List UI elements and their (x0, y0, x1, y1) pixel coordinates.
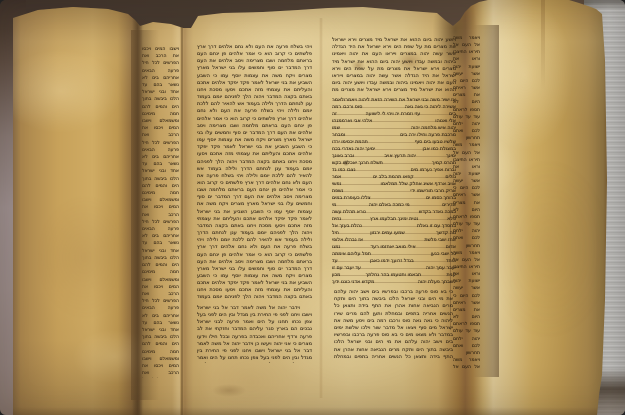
song-segment: אויב ארדף אשיג אחלק שלל תמלאמו (381, 181, 456, 188)
song-segment: מכון (332, 272, 340, 279)
torah-scroll: וישבו המים ויכסו את הרכב ואת הפרשים לכל … (13, 0, 608, 415)
song-line: אדיריםמי כמכה באלם יהוהמי (332, 202, 456, 209)
song-line: אחז ישבי פלשתאז נבהלו אלופי (332, 237, 456, 244)
left-roller (13, 0, 140, 415)
song-segment: קפאו תהמת בלב ים (373, 174, 414, 181)
song-segment: שמו (332, 125, 340, 132)
song-segment: אז נבהלו אלופי (332, 237, 363, 244)
song-segment: חיל (332, 230, 339, 237)
song-line: לשבתך פעלת יהוהמקדש אדני כוננו ידיך (332, 279, 456, 286)
song-line: אשירה ליהוה כי גאה גאהסוס ורכבו רמה (332, 104, 456, 111)
song-segment: במצולת כמו אבן (422, 146, 456, 153)
song-segment: תשלח חרנך יאכלמו כקש (332, 160, 383, 167)
song-line: תהרס קמיךתשלח חרנך יאכלמו כקש (332, 160, 456, 167)
song-segment: נצבו כמו נד (332, 167, 356, 174)
song-segment: בגדל זרועך ידמו כאבן (370, 258, 414, 265)
song-line: ופחדבגדל זרועך ידמו כאבןעד (332, 258, 456, 265)
song-line: ביםעזי וזמרת יה ויהי לי לישועהזה (332, 111, 456, 118)
song-line: בחסדך עם זו גאלתנהלת בעזך אל (332, 223, 456, 230)
song-segment: עזי וזמרת יה ויהי לי לישועה (366, 111, 421, 118)
song-line: שלשיו טבעו בים סוףתהמת יכסימו ירדו (332, 139, 456, 146)
song-segment: נשפת (332, 188, 343, 195)
song-segment: ימינך יהוה נאדרי בכח (332, 146, 375, 153)
song-segment: אלהי אבי וארממנהו (332, 118, 372, 125)
song-line: אויב ארדף אשיג אחלק שלל תמלאמונפשי (332, 181, 456, 188)
song-line: אלי ואנוהואלהי אבי וארממנהו (332, 118, 456, 125)
song-line: יהוה איש מלחמה יהוהשמו (332, 125, 456, 132)
song-segment: מי כמכה באלם יהוה (369, 202, 410, 209)
song-segment: אמר (332, 174, 341, 181)
left-roller-shadow-fade (131, 30, 159, 400)
middle-prose-bottom: כי בא סוס פרעה ברכבו ובפרשיו בים וישב יה… (332, 289, 456, 361)
song-segment: אריק חרבי תורישמו ידי (410, 188, 456, 195)
song-segment: לאמר (332, 97, 344, 104)
song-segment: וברוח אפיך נערמו מים (411, 167, 456, 174)
song-segment: ברוחך כסמו ים (426, 195, 456, 202)
song-segment: יהוה איש מלחמה יהוה (411, 125, 456, 132)
song-line: פלאנטית ימינך תבלעמו ארץנחית (332, 216, 456, 223)
parchment-crease (319, 18, 323, 398)
song-line: מרכבת פרעה וחילו ירה ביםומבחר (332, 132, 456, 139)
song-line: יעבר עמך יהוהעד יעבר עם זו (332, 265, 456, 272)
song-segment: כמכה נאדר בקדש (419, 209, 456, 216)
song-segment: אילי מואב יאחזמו רעד (370, 244, 415, 251)
song-segment: אחז ישבי פלשת (424, 237, 456, 244)
song-segment: מקדש אדני כוננו ידיך (332, 279, 374, 286)
song-line: כמכה נאדר בקדשנורא תהלת עשה (332, 209, 456, 216)
song-line: כל ישבי כנעןתפל עליהם אימתה (332, 251, 456, 258)
song-segment: עד יעבר עם זו (332, 265, 361, 272)
song-segment: נורא תהלת עשה (332, 209, 366, 216)
song-segment: מרכבת פרעה וחילו ירה בים (400, 132, 456, 139)
song-segment: לשבתך פעלת יהוה (418, 279, 456, 286)
main-paragraph-2: וידבר יהוה אל משה לאמר דבר אל בני ישראל … (197, 305, 312, 363)
song-segment: שלשיו טבעו בים סוף (415, 139, 456, 146)
song-segment: תפל עליהם אימתה (332, 251, 371, 258)
song-segment: נהלת בעזך אל (332, 223, 362, 230)
main-paragraph-1: ויהי בשלח פרעה את העם ולא נחם אלהים דרך … (197, 44, 312, 302)
song-segment: יהוה תרעץ אויב (384, 153, 416, 160)
song-segment: אז ישיר משה ובני ישראל את השירה הזאת ליה… (344, 97, 456, 104)
song-segment: נמגו (332, 244, 340, 251)
song-line: נזליםקפאו תהמת בלב יםאמר (332, 174, 456, 181)
song-of-the-sea-block: אז ישיר משה ובני ישראל את השירה הזאת ליה… (332, 97, 456, 286)
text-column-middle: ויושע יהוה ביום ההוא את ישראל מיד מצרים … (332, 37, 456, 361)
song-segment: אשירה ליהוה כי גאה גאה (405, 104, 456, 111)
song-segment: נחית (332, 216, 341, 223)
song-segment: תבאמו ותטעמו בהר נחלתך (366, 272, 422, 279)
song-line: במצולת כמו אבןימינך יהוה נאדרי בכח (332, 146, 456, 153)
song-segment: צללו כעופרת במים (332, 195, 371, 202)
song-line: אדוםאילי מואב יאחזמו רעדנמגו (332, 244, 456, 251)
song-segment: זה (332, 111, 337, 118)
song-segment: וברב גאונך (332, 153, 354, 160)
song-line: וברוח אפיך נערמו מיםנצבו כמו נד (332, 167, 456, 174)
bottom-edge-shadow (13, 407, 608, 415)
song-segment: נטית ימינך תבלעמו ארץ (370, 216, 418, 223)
photo-canvas: וישבו המים ויכסו את הרכב ואת הפרשים לכל … (0, 0, 625, 415)
song-segment: ומבחר (332, 132, 345, 139)
song-line: אריק חרבי תורישמו ידינשפת (332, 188, 456, 195)
text-column-main: ויהי בשלח פרעה את העם ולא נחם אלהים דרך … (197, 44, 312, 363)
song-segment: מי (332, 202, 336, 209)
song-segment: תהמת יכסימו ירדו (332, 139, 368, 146)
song-segment: יעבר עמך יהוה (426, 265, 456, 272)
song-line: ימינךיהוה תרעץ אויבוברב גאונך (332, 153, 456, 160)
right-roller-crease (541, 0, 545, 90)
parchment-seam (181, 26, 183, 415)
stain (212, 384, 246, 397)
right-roller-shadow-fade (473, 25, 499, 377)
song-segment: שמעו עמים ירגזון (370, 230, 405, 237)
song-line: נוה קדשךשמעו עמים ירגזוןחיל (332, 230, 456, 237)
song-line: אז ישיר משה ובני ישראל את השירה הזאת ליה… (332, 97, 456, 104)
song-line: קניתתבאמו ותטעמו בהר נחלתךמכון (332, 272, 456, 279)
song-segment: בחסדך עם זו גאלת (417, 223, 456, 230)
song-segment: סוס ורכבו רמה (332, 104, 362, 111)
song-segment: נפשי (332, 181, 341, 188)
song-line: ברוחך כסמו יםצללו כעופרת במים (332, 195, 456, 202)
song-segment: עד (332, 258, 338, 265)
